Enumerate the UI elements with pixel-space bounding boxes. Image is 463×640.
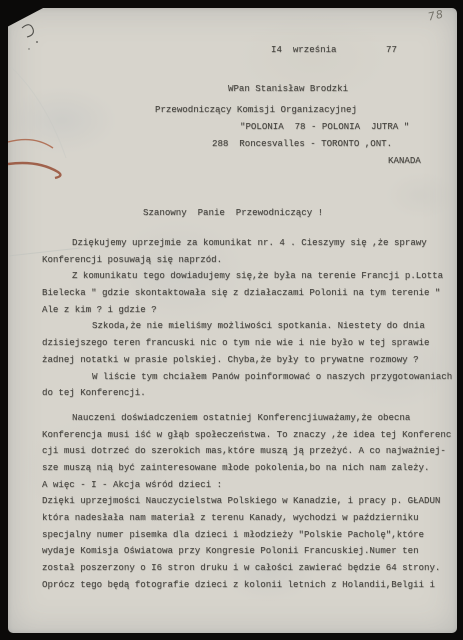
body-line: Oprócz tego będą fotografie dzieci z kol…	[42, 577, 453, 594]
body-line: cji musi dotrzeć do szerokich mas,które …	[42, 443, 453, 460]
scanned-letter: 78 I4 września 77 WPan Stanisław Brodzki…	[0, 0, 463, 640]
body-line: Bielecka " gdzie skontaktowała się z dzi…	[42, 285, 453, 302]
body-line: Konferencja musi iść w głąb społeczeństw…	[42, 427, 453, 444]
body-line: Szkoda,że nie mieliśmy możliwości spotka…	[42, 318, 453, 335]
body-line: która nadesłała nam materiał z terenu Ka…	[42, 510, 453, 527]
body-line: specjalny numer pisemka dla dzieci i mło…	[42, 527, 453, 544]
body-line: do tej Konferencji.	[42, 385, 453, 402]
body-line: Z komunikatu tego dowiadujemy się,że był…	[42, 268, 453, 285]
body-line: żadnej notatki w prasie polskiej. Chyba,…	[42, 352, 453, 369]
letter-body: Dziękujemy uprzejmie za komunikat nr. 4 …	[42, 235, 453, 593]
recipient-title: Przewodniczący Komisji Organizacyjnej	[155, 104, 357, 115]
salutation: Szanowny Panie Przewodniczący !	[143, 207, 323, 218]
body-line: został poszerzony o I6 stron druku i w c…	[42, 560, 453, 577]
body-line: Dziękujemy uprzejmie za komunikat nr. 4 …	[42, 235, 453, 252]
body-line: A więc - I - Akcja wśród dzieci :	[42, 477, 453, 494]
recipient-name: WPan Stanisław Brodzki	[228, 83, 348, 94]
body-line: W liście tym chciałem Panów poinformować…	[42, 369, 453, 386]
body-line: Konferencji posuwają się naprzód.	[42, 252, 453, 269]
body-line: Ale z kim ? i gdzie ?	[42, 302, 453, 319]
recipient-country: KANADA	[388, 155, 421, 166]
recipient-address: 288 Roncesvalles - TORONTO ,ONT.	[212, 138, 392, 149]
body-line: dzisiejszego teren francuski nic o tym n…	[42, 335, 453, 352]
paper-page: 78 I4 września 77 WPan Stanisław Brodzki…	[8, 8, 457, 633]
body-line: sze muszą nią być zainteresowane młode p…	[42, 460, 453, 477]
recipient-organization: "POLONIA 78 - POLONIA JUTRA "	[240, 121, 409, 132]
body-line: wydaje Komisja Oświatowa przy Kongresie …	[42, 543, 453, 560]
body-line: Dzięki uprzejmości Nauczycielstwa Polski…	[42, 493, 453, 510]
body-line: Nauczeni doświadczeniem ostatniej Konfer…	[42, 410, 453, 427]
